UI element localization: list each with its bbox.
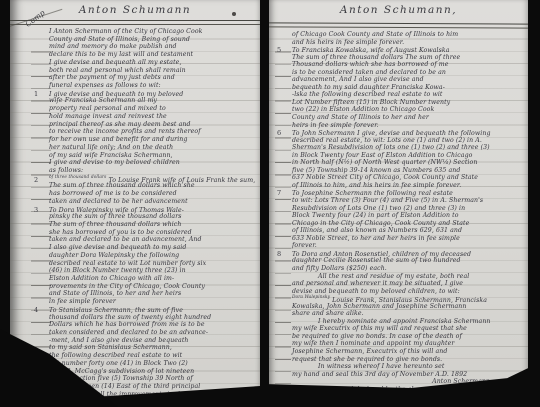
handwritten-text: funeral expenses as follows to wit:: [49, 82, 161, 89]
handwritten-text: County and State of Illinois, Being of s…: [49, 36, 190, 43]
right-page: Anton Schumann, of Chicago Cook County a…: [269, 0, 528, 398]
handwritten-text: to my said son Stanislaus Schermann,: [49, 344, 172, 351]
manuscript-line: 8To Dora and Anton Rosenstiel, children …: [277, 250, 524, 258]
handwritten-text: forever.: [292, 242, 317, 249]
handwritten-text: she has borrowed of you is to be conside…: [49, 229, 192, 236]
scan-speck: [232, 12, 236, 16]
manuscript-line: my wife Executrix of this my will and re…: [277, 325, 524, 333]
clause-number: 1: [34, 90, 49, 98]
handwritten-text: In witness whereof I have hereunto set: [292, 363, 444, 370]
manuscript-line: is to be considered taken and declared t…: [277, 69, 524, 77]
handwritten-text: be required to give no bonds. In case of…: [292, 333, 462, 340]
handwritten-text: as follows:: [49, 167, 83, 174]
manuscript-line: Chicago in the City of Chicago, Cook Cou…: [277, 220, 524, 228]
manuscript-body: of Chicago Cook County and State of Illi…: [277, 31, 524, 393]
handwritten-text: Block Twenty four (24) in part of Elston…: [292, 212, 459, 219]
handwritten-text: I give devise and bequeath all my estate…: [49, 59, 182, 66]
handwritten-text: (46) in Block Number twenty three (23) i…: [49, 267, 186, 274]
handwritten-text: property real personal and mixed to: [49, 105, 166, 112]
manuscript-line: her natural life only; And on the death: [34, 144, 256, 152]
handwritten-text: Elston Addition to Chicago with all im-: [49, 275, 174, 282]
manuscript-line: 2of three thousand dollarsTo Louise Fran…: [34, 175, 256, 183]
handwritten-text: and his heirs in fee simple forever.: [292, 39, 404, 46]
manuscript-line: share and share alike.: [277, 310, 524, 318]
manuscript-line: Dollars which he has borrowed from me is…: [34, 321, 256, 329]
handwritten-text: of Chicago Cook County and State of Illi…: [292, 31, 458, 38]
manuscript-line: both real and personal which shall remai…: [34, 67, 256, 75]
manuscript-line: be required to give no bonds. In case of…: [277, 333, 524, 341]
manuscript-line: taken and declared to be an advancement,…: [34, 236, 256, 244]
handwritten-text: Resubdivision of Lots One (1) two (2) an…: [292, 205, 465, 212]
manuscript-line: of Illinois, and also known as Numbers 6…: [277, 227, 524, 235]
handwritten-text: The sum of three thousand dollars The su…: [292, 54, 460, 61]
manuscript-line: 1I give devise and bequeath to my belove…: [34, 90, 256, 98]
handwritten-text: my wife Executrix of this my will and re…: [292, 325, 467, 332]
handwritten-text: described real estate to wit Lot number …: [49, 260, 206, 267]
manuscript-line: described real estate to wit Lot number …: [34, 260, 256, 268]
manuscript-line: has borrowed of me is to be considered: [34, 190, 256, 198]
manuscript-line: Josephine Schermann, Executrix of this w…: [277, 348, 524, 356]
clause-number: 6: [277, 129, 292, 137]
manuscript-line: 6To John Schermann I give, devise and be…: [277, 129, 524, 137]
manuscript-line: heirs in fee simple forever.: [277, 122, 524, 130]
manuscript-line: Block Twenty four (24) in part of Elston…: [277, 212, 524, 220]
page-title: Anton Schumann: [10, 4, 260, 16]
manuscript-line: and fifty Dollars ($250) each.: [277, 265, 524, 273]
manuscript-line: I also give devise and bequeath to my sa…: [34, 244, 256, 252]
manuscript-line: in fee simple forever: [34, 298, 256, 306]
manuscript-line: -lska the following described real estat…: [277, 91, 524, 99]
handwritten-text: taken and declared to be her advancement: [49, 198, 188, 205]
handwritten-text: declare this to be my last will and test…: [49, 51, 193, 58]
handwritten-text: of Illinois, and also known as Numbers 6…: [292, 227, 462, 234]
manuscript-line: for her own use and benefit for and duri…: [34, 136, 256, 144]
handwritten-text: two (22) in Elston Addition to Chicago C…: [292, 106, 434, 113]
handwritten-text: in North half (N½) of North West quarter…: [292, 159, 477, 166]
manuscript-line: forever.: [277, 242, 524, 250]
manuscript-line: Anton SchermannSeal: [277, 378, 524, 386]
handwritten-text: I hereby nominate and appoint Franciska …: [292, 318, 491, 325]
manuscript-line: taken considered and declared to be an a…: [34, 329, 256, 337]
manuscript-line: Lot number forty one (41) in Block Two (…: [34, 360, 256, 368]
manuscript-line: The sum of three thousand dollars which: [34, 221, 256, 229]
handwritten-text: request that she be required to give no …: [292, 356, 442, 363]
manuscript-line: hold manage invest and reinvest the: [34, 113, 256, 121]
handwritten-text: pinsky the sum of three thousand dollars: [49, 213, 182, 220]
manuscript-line: 633 Noble Street, to her and her heirs i…: [277, 235, 524, 243]
clause-number: 7: [277, 189, 292, 197]
handwritten-text: County and State of Illinois to her and …: [292, 114, 429, 121]
manuscript-line: as follows:: [34, 167, 256, 175]
handwritten-text: The sum of three thousand dollars which …: [49, 182, 195, 189]
manuscript-line: wife Franciska Schermann all my: [34, 97, 256, 105]
handwritten-text: daughter Cecilie Rosenstiel the sum of t…: [292, 257, 461, 264]
handwritten-text: Kowalska, John Schermann and Josephine S…: [292, 303, 466, 310]
manuscript-line: -ment, And I also give devise and bequea…: [34, 337, 256, 345]
clause-number: 5: [277, 46, 292, 54]
manuscript-line: County and State of Illinois to her and …: [277, 114, 524, 122]
manuscript-line: of Illinois to him, and his heirs in fee…: [277, 182, 524, 190]
manuscript-line: advancement, And I also give devise and: [277, 76, 524, 84]
handwritten-text: Thousand dollars which she has borrowed …: [292, 61, 449, 68]
manuscript-line: of Chicago Cook County and State of Illi…: [277, 31, 524, 39]
manuscript-line: my hand and seal this 3rd day of Novembe…: [277, 371, 524, 379]
handwritten-text: to wit: Lots Three (3) Four (4) and Five…: [292, 197, 483, 204]
handwritten-text: heirs in fee simple forever.: [292, 122, 379, 129]
handwritten-text: I also give devise and bequeath to my sa…: [49, 244, 186, 251]
header-double-rule: [10, 20, 260, 25]
handwritten-text: to receive the income profits and rents …: [49, 128, 201, 135]
handwritten-text: Anton SchermannSeal: [432, 378, 514, 386]
manuscript-line: my wife then I nominate and appoint my d…: [277, 340, 524, 348]
manuscript-line: declare this to be my last will and test…: [34, 51, 256, 59]
manuscript-line: daughter Dora Walepinsky the following: [34, 252, 256, 260]
handwritten-text: in Block Twenty four East of Elston Addi…: [292, 152, 472, 159]
manuscript-line: taken and declared to be her advancement: [34, 198, 256, 206]
manuscript-line: request that she be required to give no …: [277, 356, 524, 364]
handwritten-text: I Anton Schermann of the City of Chicago…: [49, 28, 203, 35]
clause-number: 8: [277, 250, 292, 258]
manuscript-line: in Block Twenty four East of Elston Addi…: [277, 152, 524, 160]
handwritten-text: share and share alike.: [292, 310, 364, 317]
manuscript-line: two (22) in Elston Addition to Chicago C…: [277, 106, 524, 114]
manuscript-line: Sherman's Resubdivision of lots one (1) …: [277, 144, 524, 152]
manuscript-line: Elston Addition to Chicago with all im-: [34, 275, 256, 283]
handwritten-text: and fifty Dollars ($250) each.: [292, 265, 387, 272]
manuscript-line: mind and memory do make publish and: [34, 43, 256, 51]
manuscript-line: I hereby nominate and appoint Franciska …: [277, 318, 524, 326]
manuscript-line: (46) in Block Number twenty three (23) i…: [34, 267, 256, 275]
handwritten-text: 633 Noble Street, to her and her heirs i…: [292, 235, 460, 242]
manuscript-line: Thousand dollars which she has borrowed …: [277, 61, 524, 69]
handwritten-text: provements in the City of Chicago, Cook …: [49, 283, 205, 290]
manuscript-line: I give devise and bequeath all my estate…: [34, 59, 256, 67]
manuscript-line: provements in the City of Chicago, Cook …: [34, 283, 256, 291]
manuscript-line: funeral expenses as follows to wit:: [34, 82, 256, 90]
manuscript-line: and his heirs in fee simple forever.: [277, 39, 524, 47]
handwritten-text: daughter Dora Walepinsky the following: [49, 252, 179, 259]
manuscript-line: The sum of three thousand dollars The su…: [277, 54, 524, 62]
manuscript-line: 5To Franciska Kowalska, wife of August K…: [277, 46, 524, 54]
interlined-note: of three thousand dollars: [49, 175, 106, 180]
header-double-rule: [269, 22, 528, 28]
handwritten-text: Josephine Schermann, Executrix of this w…: [292, 348, 447, 355]
manuscript-line: to wit: Lots Three (3) Four (4) and Five…: [277, 197, 524, 205]
page-title: Anton Schumann,: [269, 4, 528, 16]
handwritten-text: after the payment of my just debts and: [49, 74, 175, 81]
handwritten-text: principal thereof as she may deem best a…: [49, 121, 191, 128]
manuscript-line: pinsky the sum of three thousand dollars: [34, 213, 256, 221]
handwritten-text: The sum of three thousand dollars which: [49, 221, 181, 228]
handwritten-text: bequeath to my said daughter Franciska K…: [292, 84, 445, 91]
manuscript-line: I Anton Schermann of the City of Chicago…: [34, 28, 256, 36]
handwritten-text: All the rest and residue of my estate, b…: [292, 273, 469, 280]
handwritten-text: Chicago in the City of Chicago, Cook Cou…: [292, 220, 469, 227]
handwritten-text: my hand and seal this 3rd day of Novembe…: [292, 371, 467, 378]
clause-number: 2: [34, 176, 49, 184]
handwritten-text: five (5) Township 39-14 known as Numbers…: [292, 167, 460, 174]
handwritten-text: taken and declared to be an advancement,…: [49, 236, 202, 243]
handwritten-text: of my said wife Franciska Schermann,: [49, 152, 173, 159]
manuscript-line: daughter Cecilie Rosenstiel the sum of t…: [277, 257, 524, 265]
handwritten-text: Dollars which he has borrowed from me is…: [49, 321, 205, 328]
handwritten-text: -ment, And I also give devise and bequea…: [49, 337, 189, 344]
handwritten-text: and personal and wherever it may be situ…: [292, 280, 463, 287]
clause-number: 4: [34, 306, 49, 314]
manuscript-line: 3To Dora Walepinsky wife of Thomas Wale-: [34, 206, 256, 214]
manuscript-line: the following described real estate to w…: [34, 352, 256, 360]
manuscript-line: 7To Josephine Schermann the following re…: [277, 189, 524, 197]
manuscript-line: 637 Noble Street City of Chicago, Cook C…: [277, 174, 524, 182]
manuscript-line: in North half (N½) of North West quarter…: [277, 159, 524, 167]
manuscript-line: and personal and wherever it may be situ…: [277, 280, 524, 288]
seal-mark: Seal: [495, 379, 514, 386]
handwritten-text: Lot Number fifteen (15) in Block Number …: [292, 99, 450, 106]
handwritten-text: Signed, sealed and declared by the above…: [292, 386, 451, 393]
handwritten-text: and State of Illinois, to her and her he…: [49, 290, 181, 297]
manuscript-line: Dora WalepinskyLouise Frank, Stanislaus …: [277, 295, 524, 303]
interlined-note: Dora Walepinsky: [292, 295, 330, 300]
handwritten-text: has borrowed of me is to be considered: [49, 190, 177, 197]
manuscript-line: 4To Stanislaus Schermann, the sum of fiv…: [34, 306, 256, 314]
handwritten-text: -lska the following described real estat…: [292, 91, 443, 98]
manuscript-line: bequeath to my said daughter Franciska K…: [277, 84, 524, 92]
handwritten-text: in fee simple forever: [49, 298, 116, 305]
clause-number: 3: [34, 206, 49, 214]
manuscript-line: property real personal and mixed to: [34, 105, 256, 113]
manuscript-body: I Anton Schermann of the City of Chicago…: [34, 28, 256, 399]
handwritten-text: of Illinois to him, and his heirs in fee…: [292, 182, 461, 189]
scanned-document: Comp Anton Schumann I Anton Schermann of…: [0, 0, 540, 407]
handwritten-text: thousand dollars the sum of twenty eight…: [49, 314, 211, 321]
handwritten-text: is to be considered taken and declared t…: [292, 69, 446, 76]
handwritten-text: my wife then I nominate and appoint my d…: [292, 340, 454, 347]
left-page: Comp Anton Schumann I Anton Schermann of…: [10, 0, 260, 400]
handwritten-text: I give and devise to my beloved children: [49, 159, 180, 166]
handwritten-text: Sherman's Resubdivision of lots one (1) …: [292, 144, 490, 151]
manuscript-line: to receive the income profits and rents …: [34, 128, 256, 136]
manuscript-line: five (5) Township 39-14 known as Numbers…: [277, 167, 524, 175]
handwritten-text: Lot number forty one (41) in Block Two (…: [49, 360, 188, 367]
manuscript-line: Signed, sealed and declared by the above…: [277, 386, 524, 394]
handwritten-text: taken considered and declared to be an a…: [49, 329, 208, 336]
manuscript-line: All the rest and residue of my estate, b…: [277, 273, 524, 281]
handwritten-text: hold manage invest and reinvest the: [49, 113, 167, 120]
manuscript-line: devise and bequeath to my beloved childr…: [277, 288, 524, 296]
handwritten-text: for her own use and benefit for and duri…: [49, 136, 187, 143]
handwritten-text: devise and bequeath to my beloved childr…: [292, 288, 460, 295]
manuscript-line: of my said wife Franciska Schermann,: [34, 152, 256, 160]
handwritten-text: both real and personal which shall remai…: [49, 67, 186, 74]
handwritten-text: wife Franciska Schermann all my: [49, 97, 157, 104]
handwritten-text: 637 Noble Street City of Chicago, Cook C…: [292, 174, 478, 181]
manuscript-line: she has borrowed of you is to be conside…: [34, 229, 256, 237]
manuscript-line: after the payment of my just debts and: [34, 74, 256, 82]
manuscript-line: Lot Number fifteen (15) in Block Number …: [277, 99, 524, 107]
manuscript-line: I give and devise to my beloved children: [34, 159, 256, 167]
handwritten-text: advancement, And I also give devise and: [292, 76, 424, 83]
manuscript-line: described real estate, to wit: Lots one …: [277, 137, 524, 145]
handwritten-text: the following described real estate to w…: [49, 352, 182, 359]
manuscript-line: principal thereof as she may deem best a…: [34, 121, 256, 129]
manuscript-line: thousand dollars the sum of twenty eight…: [34, 314, 256, 322]
handwritten-text: her natural life only; And on the death: [49, 144, 173, 151]
manuscript-line: In witness whereof I have hereunto set: [277, 363, 524, 371]
manuscript-line: County and State of Illinois, Being of s…: [34, 36, 256, 44]
manuscript-line: Resubdivision of Lots One (1) two (2) an…: [277, 205, 524, 213]
handwritten-text: described real estate, to wit: Lots one …: [292, 137, 482, 144]
manuscript-line: to my said son Stanislaus Schermann,: [34, 344, 256, 352]
manuscript-line: and State of Illinois, to her and her he…: [34, 290, 256, 298]
handwritten-text: mind and memory do make publish and: [49, 43, 177, 50]
